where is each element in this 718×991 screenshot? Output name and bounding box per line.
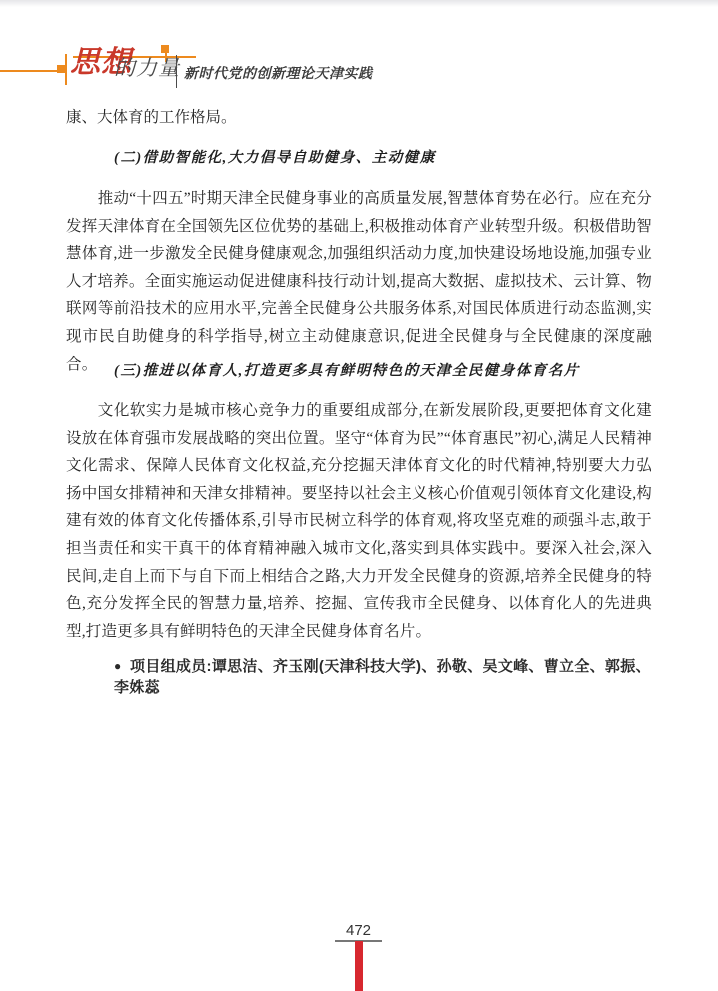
header-orange-square-left: [57, 65, 65, 73]
bullet-icon: ●: [114, 659, 122, 673]
footer-red-bar: [355, 941, 363, 991]
project-members-line: ● 项目组成员:谭思洁、齐玉刚(天津科技大学)、孙敬、吴文峰、曹立全、郭振、李姝…: [114, 655, 654, 697]
continuation-line: 康、大体育的工作格局。: [66, 104, 652, 132]
header-orange-tick-left: [65, 54, 67, 85]
page-number: 472: [335, 922, 382, 942]
series-logo-sub: 的力量: [114, 58, 180, 79]
header-divider-line: [176, 55, 177, 88]
section-paragraph-3: 文化软实力是城市核心竞争力的重要组成部分,在新发展阶段,更要把体育文化建设放在体…: [66, 397, 652, 645]
header-subtitle: 新时代党的创新理论天津实践: [184, 66, 373, 80]
project-members-text: 项目组成员:谭思洁、齐玉刚(天津科技大学)、孙敬、吴文峰、曹立全、郭振、李姝蕊: [114, 658, 651, 696]
header-orange-line-left: [0, 70, 58, 72]
book-page: 思想 的力量 新时代党的创新理论天津实践 康、大体育的工作格局。 (二)借助智能…: [0, 0, 718, 991]
section-heading-3: (三)推进以体育人,打造更多具有鲜明特色的天津全民健身体育名片: [114, 361, 580, 381]
page-number-text: 472: [346, 922, 371, 939]
page-top-edge-shadow: [0, 0, 718, 7]
section-paragraph-2: 推动“十四五”时期天津全民健身事业的高质量发展,智慧体育势在必行。应在充分发挥天…: [66, 185, 652, 378]
section-heading-2: (二)借助智能化,大力倡导自助健身、主动健康: [114, 148, 436, 168]
